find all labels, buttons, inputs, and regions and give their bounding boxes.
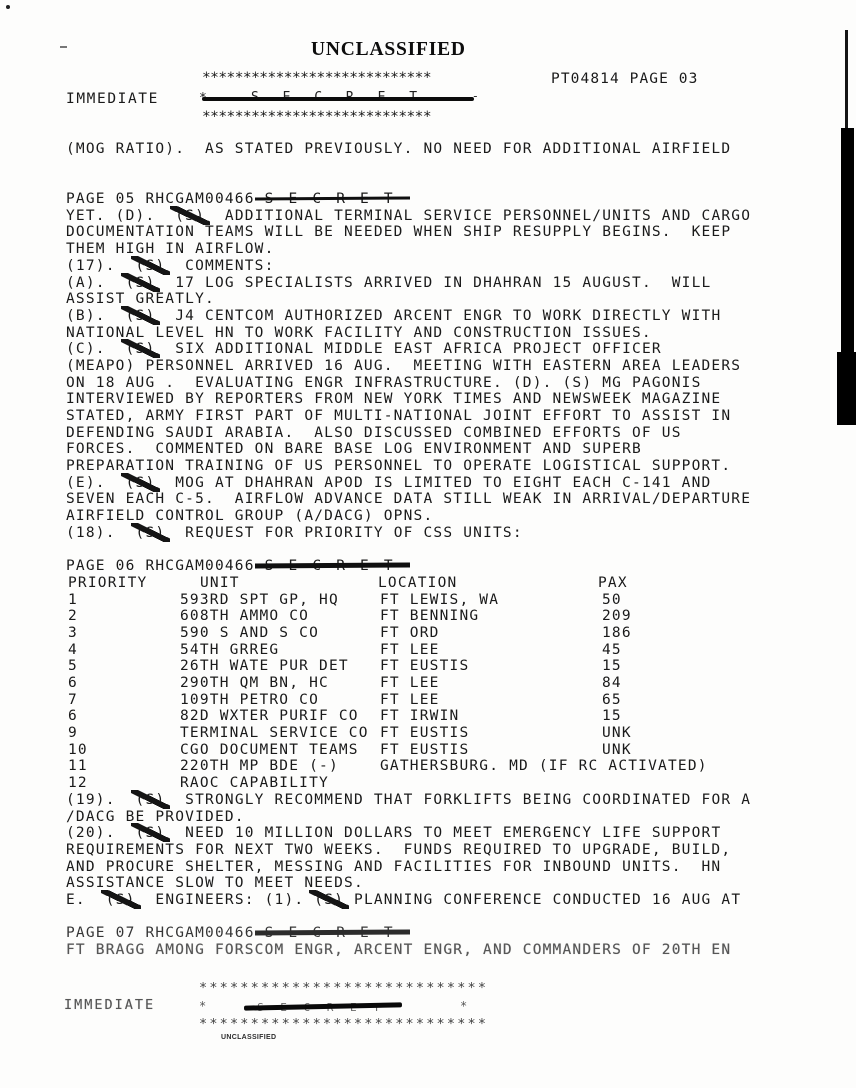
table-cell: FT LEE	[380, 675, 440, 691]
table-cell: 608TH AMMO CO	[180, 608, 309, 624]
priority-table-row: 11220TH MP BDE (-)GATHERSBURG. MD (IF RC…	[66, 758, 850, 775]
banner-right-mark: *	[460, 999, 467, 1013]
redacted-classification-mark: (S)	[136, 792, 166, 808]
table-cell: 50	[602, 592, 622, 608]
document-line: NATIONAL LEVEL HN TO WORK FACILITY AND C…	[66, 325, 850, 342]
line-text: PAGE 06 RHCGAM00466	[66, 558, 265, 574]
priority-table-row: 3590 S AND S COFT ORD186	[66, 625, 850, 642]
document-line: (17). (S) COMMENTS:	[66, 258, 850, 275]
document-line: AND PROCURE SHELTER, MESSING AND FACILIT…	[66, 859, 850, 876]
priority-table-row: 1593RD SPT GP, HQFT LEWIS, WA50	[66, 592, 850, 609]
document-line: ON 18 AUG . EVALUATING ENGR INFRASTRUCTU…	[66, 375, 850, 392]
table-cell: 11	[68, 758, 88, 774]
banner-right-mark: -	[472, 89, 479, 103]
line-text: NEED 10 MILLION DOLLARS TO MEET EMERGENC…	[165, 825, 721, 841]
document-line	[66, 158, 850, 175]
table-cell: FT ORD	[380, 625, 440, 641]
table-cell: 1	[68, 592, 78, 608]
document-line	[66, 909, 850, 926]
redacted-classification-mark: (S)	[314, 892, 344, 908]
line-text: (E).	[66, 475, 126, 491]
precedence-label: IMMEDIATE	[66, 91, 159, 107]
document-line: INTERVIEWED BY REPORTERS FROM NEW YORK T…	[66, 391, 850, 408]
redacted-classification-mark: (S)	[126, 341, 156, 357]
table-cell: 45	[602, 642, 622, 658]
scan-speck	[6, 5, 10, 9]
message-reference: PT04814 PAGE 03	[551, 71, 698, 87]
redacted-classification-mark: (S)	[136, 825, 166, 841]
table-cell: FT EUSTIS	[380, 742, 469, 758]
table-cell: 186	[602, 625, 632, 641]
document-line: PAGE 07 RHCGAM00466 S E C R E T	[66, 925, 850, 942]
line-text: ENGINEERS: (1).	[136, 892, 315, 908]
priority-table-row: 6290TH QM BN, HCFT LEE84	[66, 675, 850, 692]
line-text: (C).	[66, 341, 126, 357]
document-line: ASSISTANCE SLOW TO MEET NEEDS.	[66, 875, 850, 892]
priority-table-row: 526TH WATE PUR DETFT EUSTIS15	[66, 658, 850, 675]
line-text: REQUEST FOR PRIORITY OF CSS UNITS:	[165, 525, 522, 541]
document-line: ASSIST GREATLY.	[66, 291, 850, 308]
document-line: /DACG BE PROVIDED.	[66, 809, 850, 826]
document-line: (E). (S) MOG AT DHAHRAN APOD IS LIMITED …	[66, 475, 850, 492]
struck-secret-text: S E C R E T	[265, 558, 396, 574]
document-line: (MOG RATIO). AS STATED PREVIOUSLY. NO NE…	[66, 141, 850, 158]
table-cell: 6	[68, 675, 78, 691]
secret-strikethrough-banner-footer: S E C R E T	[248, 997, 394, 1015]
priority-table-row: 2608TH AMMO COFT BENNING209	[66, 608, 850, 625]
redacted-classification-mark: (S)	[126, 475, 156, 491]
document-body: (MOG RATIO). AS STATED PREVIOUSLY. NO NE…	[66, 141, 850, 959]
line-text: PAGE 07 RHCGAM00466	[66, 925, 265, 941]
document-line: FT BRAGG AMONG FORSCOM ENGR, ARCENT ENGR…	[66, 942, 850, 959]
table-cell: 109TH PETRO CO	[180, 692, 319, 708]
table-cell: 2	[68, 608, 78, 624]
priority-table-row: 682D WXTER PURIF COFT IRWIN15	[66, 708, 850, 725]
line-text: (18).	[66, 525, 136, 541]
line-text: (17).	[66, 258, 136, 274]
line-text: SIX ADDITIONAL MIDDLE EAST AFRICA PROJEC…	[155, 341, 661, 357]
table-cell: RAOC CAPABILITY	[180, 775, 329, 791]
table-cell: FT EUSTIS	[380, 725, 469, 741]
redacted-classification-mark: (S)	[126, 275, 156, 291]
table-column-header: PRIORITY	[68, 575, 147, 591]
asterisk-separator-bottom: ****************************	[199, 1016, 488, 1032]
priority-table-row: 12RAOC CAPABILITY	[66, 775, 850, 792]
struck-secret-text: S E C R E T	[265, 191, 396, 207]
scan-speck	[60, 46, 67, 48]
table-cell: FT BENNING	[380, 608, 479, 624]
line-text: (19).	[66, 792, 136, 808]
scanned-cable-page: UNCLASSIFIED ***************************…	[0, 0, 856, 1088]
asterisk-separator-top: ****************************	[202, 109, 431, 125]
priority-table-row: 10CGO DOCUMENT TEAMSFT EUSTISUNK	[66, 742, 850, 759]
struck-secret-text: S E C R E T	[265, 925, 396, 941]
document-line: AIRFIELD CONTROL GROUP (A/DACG) OPNS.	[66, 508, 850, 525]
table-cell: FT EUSTIS	[380, 658, 469, 674]
priority-table-row: 454TH GRREGFT LEE45	[66, 642, 850, 659]
strikethrough-line	[202, 97, 474, 101]
table-cell: 290TH QM BN, HC	[180, 675, 329, 691]
table-cell: 3	[68, 625, 78, 641]
priority-table-header-row: PRIORITYUNITLOCATIONPAX	[66, 575, 850, 592]
asterisk-separator-bottom: ****************************	[199, 980, 488, 996]
line-text: PAGE 05 RHCGAM00466	[66, 191, 265, 207]
table-cell: 9	[68, 725, 78, 741]
document-line: FORCES. COMMENTED ON BARE BASE LOG ENVIR…	[66, 441, 850, 458]
document-line: PREPARATION TRAINING OF US PERSONNEL TO …	[66, 458, 850, 475]
document-line: (19). (S) STRONGLY RECOMMEND THAT FORKLI…	[66, 792, 850, 809]
table-cell: 209	[602, 608, 632, 624]
document-line	[66, 542, 850, 559]
document-line: PAGE 06 RHCGAM00466 S E C R E T	[66, 558, 850, 575]
table-cell: 4	[68, 642, 78, 658]
table-cell: 26TH WATE PUR DET	[180, 658, 349, 674]
table-cell: UNK	[602, 725, 632, 741]
redacted-classification-mark: (S)	[175, 208, 205, 224]
banner-left-mark: *	[199, 999, 206, 1013]
line-text: COMMENTS:	[165, 258, 274, 274]
table-column-header: UNIT	[200, 575, 240, 591]
table-cell: 15	[602, 708, 622, 724]
redacted-classification-mark: (S)	[136, 525, 166, 541]
table-cell: 593RD SPT GP, HQ	[180, 592, 339, 608]
line-text: YET. (D).	[66, 208, 175, 224]
document-line	[66, 174, 850, 191]
table-cell: FT IRWIN	[380, 708, 459, 724]
document-line: THEM HIGH IN AIRFLOW.	[66, 241, 850, 258]
document-line: (18). (S) REQUEST FOR PRIORITY OF CSS UN…	[66, 525, 850, 542]
document-line: (C). (S) SIX ADDITIONAL MIDDLE EAST AFRI…	[66, 341, 850, 358]
asterisk-separator-top: ****************************	[202, 70, 431, 86]
table-column-header: PAX	[598, 575, 628, 591]
document-line: YET. (D). (S) ADDITIONAL TERMINAL SERVIC…	[66, 208, 850, 225]
table-cell: 5	[68, 658, 78, 674]
precedence-label-footer: IMMEDIATE	[64, 997, 155, 1013]
table-cell: 590 S AND S CO	[180, 625, 319, 641]
document-line: (A). (S) 17 LOG SPECIALISTS ARRIVED IN D…	[66, 275, 850, 292]
document-line: (B). (S) J4 CENTCOM AUTHORIZED ARCENT EN…	[66, 308, 850, 325]
line-text: STRONGLY RECOMMEND THAT FORKLIFTS BEING …	[165, 792, 751, 808]
table-column-header: LOCATION	[378, 575, 457, 591]
table-cell: 10	[68, 742, 88, 758]
table-cell: FT LEE	[380, 642, 440, 658]
priority-table-row: 7109TH PETRO COFT LEE65	[66, 692, 850, 709]
line-text: PLANNING CONFERENCE CONDUCTED 16 AUG AT	[344, 892, 741, 908]
table-cell: 84	[602, 675, 622, 691]
line-text: FT BRAGG AMONG FORSCOM ENGR, ARCENT ENGR…	[66, 942, 731, 958]
table-cell: GATHERSBURG. MD (IF RC ACTIVATED)	[380, 758, 708, 774]
document-line: SEVEN EACH C-5. AIRFLOW ADVANCE DATA STI…	[66, 491, 850, 508]
document-line: (MEAPO) PERSONNEL ARRIVED 16 AUG. MEETIN…	[66, 358, 850, 375]
line-text: (B).	[66, 308, 126, 324]
line-text: ADDITIONAL TERMINAL SERVICE PERSONNEL/UN…	[205, 208, 751, 224]
redacted-classification-mark: (S)	[136, 258, 166, 274]
redacted-classification-mark: (S)	[106, 892, 136, 908]
document-line: REQUIREMENTS FOR NEXT TWO WEEKS. FUNDS R…	[66, 842, 850, 859]
table-cell: 54TH GRREG	[180, 642, 279, 658]
page-classification-title: UNCLASSIFIED	[311, 39, 466, 61]
line-text: 17 LOG SPECIALISTS ARRIVED IN DHAHRAN 15…	[155, 275, 711, 291]
table-cell: 65	[602, 692, 622, 708]
table-cell: 12	[68, 775, 88, 791]
scan-artifact-bar	[845, 30, 848, 130]
footer-classification-stamp: UNCLASSIFIED	[221, 1034, 276, 1041]
table-cell: UNK	[602, 742, 632, 758]
table-cell: 15	[602, 658, 622, 674]
document-line: (20). (S) NEED 10 MILLION DOLLARS TO MEE…	[66, 825, 850, 842]
document-line: DEFENDING SAUDI ARABIA. ALSO DISCUSSED C…	[66, 425, 850, 442]
line-text: (20).	[66, 825, 136, 841]
table-cell: CGO DOCUMENT TEAMS	[180, 742, 359, 758]
document-line: E. (S) ENGINEERS: (1). (S) PLANNING CONF…	[66, 892, 850, 909]
secret-strikethrough-banner: * S E C R E T -	[202, 88, 474, 108]
document-line: DOCUMENTATION TEAMS WILL BE NEEDED WHEN …	[66, 224, 850, 241]
table-cell: 220TH MP BDE (-)	[180, 758, 339, 774]
document-line: STATED, ARMY FIRST PART OF MULTI-NATIONA…	[66, 408, 850, 425]
table-cell: FT LEWIS, WA	[380, 592, 499, 608]
line-text: MOG AT DHAHRAN APOD IS LIMITED TO EIGHT …	[155, 475, 711, 491]
priority-table-row: 9TERMINAL SERVICE COFT EUSTISUNK	[66, 725, 850, 742]
line-text: (A).	[66, 275, 126, 291]
table-cell: FT LEE	[380, 692, 440, 708]
line-text: J4 CENTCOM AUTHORIZED ARCENT ENGR TO WOR…	[155, 308, 721, 324]
table-cell: 6	[68, 708, 78, 724]
redacted-classification-mark: (S)	[126, 308, 156, 324]
table-cell: 82D WXTER PURIF CO	[180, 708, 359, 724]
table-cell: TERMINAL SERVICE CO	[180, 725, 369, 741]
table-cell: 7	[68, 692, 78, 708]
